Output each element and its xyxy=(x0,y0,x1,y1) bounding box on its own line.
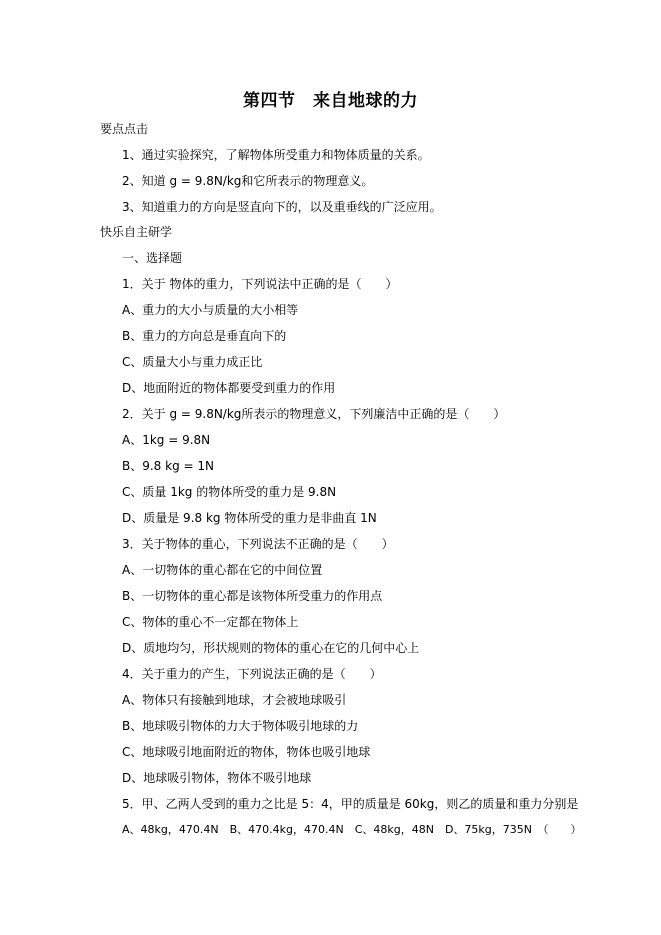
question-2-option-d: D、质量是 9.8 kg 物体所受的重力是非曲直 1N xyxy=(122,510,377,526)
question-1-option-a: A、重力的大小与质量的大小相等 xyxy=(122,302,298,318)
question-2-option-a: A、1kg = 9.8N xyxy=(122,432,210,448)
question-2-option-c: C、质量 1kg 的物体所受的重力是 9.8N xyxy=(122,484,336,500)
section-heading-self-study: 快乐自主研学 xyxy=(100,224,172,240)
question-4-option-d: D、地球吸引物体，物体不吸引地球 xyxy=(122,770,311,786)
question-5-stem: 5．甲、乙两人受到的重力之比是 5：4，甲的质量是 60kg，则乙的质量和重力分… xyxy=(122,796,578,812)
question-1-option-d: D、地面附近的物体都要受到重力的作用 xyxy=(122,380,335,396)
question-2-stem: 2．关于 g = 9.8N/kg所表示的物理意义，下列廉洁中正确的是（ ） xyxy=(122,406,505,422)
key-point-1: 1、通过实验探究，了解物体所受重力和物体质量的关系。 xyxy=(122,147,430,163)
question-3-stem: 3．关于物体的重心，下列说法不正确的是（ ） xyxy=(122,536,394,552)
question-4-stem: 4．关于重力的产生，下列说法正确的是（ ） xyxy=(122,666,382,682)
question-4-option-a: A、物体只有接触到地球，才会被地球吸引 xyxy=(122,692,346,708)
key-point-3: 3、知道重力的方向是竖直向下的，以及重垂线的广泛应用。 xyxy=(122,199,442,215)
question-3-option-b: B、一切物体的重心都是该物体所受重力的作用点 xyxy=(122,588,382,604)
section-heading-key-points: 要点点击 xyxy=(100,121,148,137)
subheading-multiple-choice: 一、选择题 xyxy=(122,250,182,266)
question-3-option-a: A、一切物体的重心都在它的中间位置 xyxy=(122,562,322,578)
question-1-option-c: C、质量大小与重力成正比 xyxy=(122,354,262,370)
question-2-option-b: B、9.8 kg = 1N xyxy=(122,458,214,474)
question-3-option-d: D、质地均匀，形状规则的物体的重心在它的几何中心上 xyxy=(122,640,419,656)
question-4-option-b: B、地球吸引物体的力大于物体吸引地球的力 xyxy=(122,718,358,734)
question-3-option-c: C、物体的重心不一定都在物体上 xyxy=(122,614,298,630)
question-1-stem: 1．关于 物体的重力，下列说法中正确的是（ ） xyxy=(122,276,397,292)
question-1-option-b: B、重力的方向总是垂直向下的 xyxy=(122,328,286,344)
question-4-option-c: C、地球吸引地面附近的物体，物体也吸引地球 xyxy=(122,744,370,760)
question-5-options: A、48kg，470.4N B、470.4kg，470.4N C、48kg，48… xyxy=(122,822,582,838)
page-title: 第四节 来自地球的力 xyxy=(0,86,661,111)
document-page: 第四节 来自地球的力 要点点击 1、通过实验探究，了解物体所受重力和物体质量的关… xyxy=(0,0,661,935)
key-point-2: 2、知道 g = 9.8N/kg和它所表示的物理意义。 xyxy=(122,173,373,189)
